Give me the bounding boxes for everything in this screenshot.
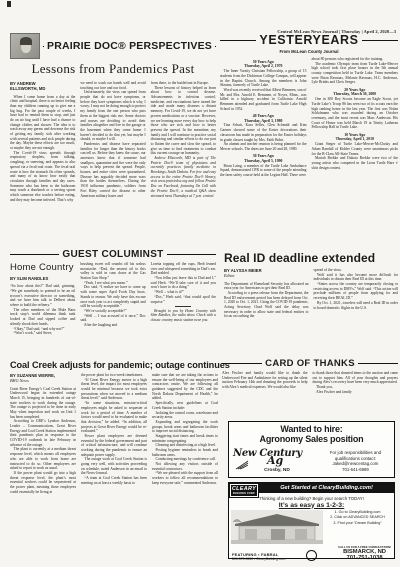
ad-contact: CALL US FOR A FREE CONSULTATION! BISMARC… bbox=[338, 545, 391, 561]
article-column: from there, to the battlefront in Europe… bbox=[151, 81, 216, 202]
paragraph: “Doc,” Herb said, “that would spoil the … bbox=[151, 295, 216, 304]
paragraph: we need to wash our hands well and avoid… bbox=[80, 81, 145, 90]
paragraph: The other members of the Mule Barn truck… bbox=[10, 308, 75, 327]
paragraph: make sure that we are taking the actions… bbox=[152, 373, 218, 401]
section-header: GUEST COLUMINST bbox=[10, 249, 216, 260]
author-photo bbox=[10, 33, 40, 59]
article-home-country: GUEST COLUMINST Home Country BY SLIM RAN… bbox=[10, 249, 216, 336]
section-header: YESTERYEARS bbox=[220, 33, 398, 47]
byline-line: ELLSWORTH, MD bbox=[10, 86, 75, 91]
ad-step: 3. Find your “Dream Building” bbox=[323, 521, 392, 527]
paragraph: Posting hygiene reminders in break and b… bbox=[152, 448, 218, 457]
article-column: the power plant for two-week timeframes.… bbox=[81, 373, 147, 494]
building-photo bbox=[229, 510, 323, 549]
article-column: make sure that we are taking the actions… bbox=[152, 373, 218, 494]
ad-contact-text: For job responsibilities and qualificati… bbox=[321, 450, 390, 462]
paragraph: If the power plant would go into a high … bbox=[10, 471, 76, 494]
paragraph: According to GRE’s Lyndon Anderson, Lead… bbox=[10, 419, 76, 447]
article-column: 50 Years AgoThursday, April 2, 1970The I… bbox=[220, 57, 307, 178]
paragraph: Unfortunately, the virus can spread from… bbox=[80, 90, 145, 142]
paragraph: brushing sweet roll crumbs off his walru… bbox=[80, 262, 145, 281]
article-column: Loretta topping off the cups, Herb leane… bbox=[151, 262, 216, 336]
paragraph: Alex Fischer and family bbox=[313, 390, 399, 395]
divider bbox=[215, 46, 216, 47]
ad-slogan: It’s as easy as 1-2-3: bbox=[229, 502, 394, 509]
article-column: Home Country BY SLIM RANDLES “So how abo… bbox=[10, 262, 75, 336]
paragraph: The Department of Homeland Security has … bbox=[224, 282, 309, 291]
paragraph: “You fellas just leave this to Dad and I… bbox=[151, 276, 216, 290]
paragraph: Loretta topping off the cups, Herb leane… bbox=[151, 262, 216, 276]
ad-steps: 1. Go to ClearyBuilding.com 2. Click on … bbox=[323, 510, 394, 549]
article-column: spread of the virus.Wolf said it has als… bbox=[314, 268, 399, 319]
paragraph: According to a press release from the De… bbox=[224, 291, 309, 319]
paragraph: Power plant employees are deemed essenti… bbox=[81, 434, 147, 457]
ad-cleary-building: CLEARY BUILDING CORP. Get Started at Cle… bbox=[228, 482, 395, 559]
seal-icon bbox=[306, 550, 317, 561]
paragraph: The academic Olympic team from Turtle La… bbox=[312, 62, 399, 85]
paragraph: One in 300 Boy Scouts become an Eagle Sc… bbox=[312, 97, 399, 130]
article-column: BY ANDREW ELLSWORTH, MD When I come home… bbox=[10, 81, 75, 202]
paragraph: Word was recently received that Albert B… bbox=[220, 88, 307, 111]
paragraph: Grant Steger of Turtle Lake-Mercer-McClu… bbox=[312, 142, 399, 156]
logo-subtext: BUILDING CORP. bbox=[233, 492, 255, 495]
ad-phone: 701-641-6989 bbox=[321, 467, 390, 473]
ad-city: BISMARCK, ND bbox=[338, 549, 391, 555]
paragraph: the power plant for two-week timeframes. bbox=[81, 373, 147, 378]
paragraph: Mariah Brekke and Dakota Brekke were two… bbox=[312, 156, 399, 170]
byline-line: BY SLIM RANDLES bbox=[10, 276, 75, 281]
paragraph: The Inner Varsity Christian Fellowship, … bbox=[220, 69, 307, 88]
section-title: CARD OF THANKS bbox=[265, 358, 355, 369]
section-kicker: PRAIRIE DOC® PERSPECTIVES bbox=[47, 40, 212, 52]
separator bbox=[175, 306, 191, 307]
paragraph: Staggering start times and break times t… bbox=[152, 434, 218, 443]
article-column: brushing sweet roll crumbs off his walru… bbox=[80, 262, 145, 336]
paragraph: The outage work at Coal Creek Station is… bbox=[81, 457, 147, 476]
article-column: BY ALYSSA MEIER Editor The Department of… bbox=[224, 268, 309, 319]
paragraph: “Won’t work,” said Steve, bbox=[10, 331, 75, 336]
divider bbox=[222, 363, 262, 364]
paragraph: Great River Energy’s Coal Creek Station … bbox=[10, 387, 76, 420]
paragraph: Brian Laing, a member of the Turtle Lake… bbox=[220, 164, 307, 178]
paragraph: “States across the country are temporari… bbox=[314, 282, 399, 301]
newspaper-page: Central McLean News Journal | Thursday |… bbox=[0, 0, 400, 567]
card-of-thanks: CARD OF THANKS Alex Fischer and family w… bbox=[222, 358, 398, 394]
new-century-ag-logo: New Century Ag Crosby, ND bbox=[233, 448, 321, 473]
paragraph: “A team at Coal Creek Station has been m… bbox=[81, 476, 147, 485]
ad-headline: Agronomy Sales position bbox=[233, 435, 390, 445]
paragraph: Pandemics and disease have separated fam… bbox=[80, 142, 145, 198]
paragraph: After the laughing and bbox=[80, 323, 145, 328]
ad-consult-text: CALL US FOR A FREE CONSULTATION! bbox=[338, 545, 391, 549]
paragraph: By Oct. 1, 2021, travelers will need a R… bbox=[314, 301, 399, 310]
paragraph: “We are pleased with the support from al… bbox=[152, 471, 218, 485]
ad-agronomy-hire: Wanted to hire: Agronomy Sales position … bbox=[228, 421, 395, 478]
paragraph: Expanding and segregating the work group… bbox=[152, 420, 218, 434]
article-column: about 80 persons who registered for the … bbox=[312, 57, 399, 178]
byline-line: Editor bbox=[224, 273, 309, 278]
paragraph: “Well ... I was accused of it once,” Doc… bbox=[80, 314, 145, 323]
paragraph: “In some situations, mission-critical em… bbox=[81, 401, 147, 434]
ad-featuring: FEATURING ▪ FABRAL bbox=[232, 552, 285, 557]
ad-footer: 800-373-5550 • ClearyBuilding.com bbox=[232, 557, 285, 561]
section-subtitle: From McLean County Journal bbox=[220, 49, 398, 54]
byline: BY ANDREW ELLSWORTH, MD bbox=[10, 81, 75, 92]
divider bbox=[220, 40, 256, 41]
ad-banner-text: Get Started at ClearyBuilding.com! bbox=[280, 485, 373, 491]
section-title: YESTERYEARS bbox=[259, 33, 358, 47]
paragraph: Doc said, “I realize we have to come up … bbox=[80, 285, 145, 308]
scan-artifact bbox=[7, 1, 11, 7]
paragraph: “So how about this?” Dad said, grinning.… bbox=[10, 284, 75, 307]
section-header: PRAIRIE DOC® PERSPECTIVES bbox=[10, 33, 216, 59]
divider bbox=[167, 254, 216, 255]
column-text: “So how about this?” Dad said, grinning.… bbox=[10, 284, 75, 336]
article-column: we need to wash our hands well and avoid… bbox=[80, 81, 145, 202]
byline: BY ALYSSA MEIER Editor bbox=[224, 268, 309, 279]
column-text: The Department of Homeland Security has … bbox=[224, 282, 309, 320]
paragraph: Tina Schutt, Kara Selles, Glen Schmidt a… bbox=[220, 123, 307, 142]
section-header: CARD OF THANKS bbox=[222, 358, 398, 369]
byline-line: BHG News bbox=[10, 378, 76, 383]
paragraph: These lessons of history helped us learn… bbox=[151, 86, 216, 156]
paragraph: Specifically, new guidelines at Coal Cre… bbox=[152, 401, 218, 410]
article-headline: Real ID deadline extended bbox=[224, 251, 398, 265]
divider bbox=[10, 254, 59, 255]
paragraph: “If Great River Energy moves to a high t… bbox=[81, 378, 147, 401]
divider bbox=[358, 363, 398, 364]
section-kicker: GUEST COLUMINST bbox=[62, 249, 163, 260]
ad-contact: For job responsibilities and qualificati… bbox=[321, 448, 390, 473]
ad-phone: 701-751-1038 bbox=[338, 555, 391, 561]
article-title: Lessons from Pandemics Past bbox=[10, 61, 216, 77]
divider bbox=[43, 46, 44, 47]
paragraph: to thank those that donated items to the… bbox=[313, 371, 399, 385]
article-title: Home Country bbox=[10, 262, 75, 274]
divider bbox=[362, 40, 398, 41]
italic-note: Andrew Ellsworth, MD is part of The Prai… bbox=[151, 156, 216, 198]
byline: BY SUZANNE WERRE, BHG News bbox=[10, 373, 76, 384]
paragraph: The Covid-19 virus spreads through respi… bbox=[10, 151, 75, 203]
ad-banner: CLEARY BUILDING CORP. Get Started at Cle… bbox=[229, 483, 394, 493]
article-column: to thank those that donated items to the… bbox=[313, 371, 399, 394]
italic-note: Brought to you by Home Country with Slim… bbox=[151, 309, 216, 323]
paragraph: Isolating the control room, warehouse an… bbox=[152, 411, 218, 420]
byline: BY SLIM RANDLES bbox=[10, 276, 75, 281]
article-column: Alex Fischer and family would like to th… bbox=[222, 371, 308, 394]
paragraph: When I come home from a day at the clini… bbox=[10, 95, 75, 151]
column-text: When I come home from a day at the clini… bbox=[10, 95, 75, 203]
article-column: BY SUZANNE WERRE, BHG News Great River E… bbox=[10, 373, 76, 494]
column-text: Great River Energy’s Coal Creek Station … bbox=[10, 387, 76, 495]
wheat-icon bbox=[235, 457, 249, 475]
article-headline: Coal Creek adjusts for pandemic; outage … bbox=[10, 360, 218, 370]
paragraph: Alex Fischer and family would like to th… bbox=[222, 371, 308, 390]
article-yesteryears: YESTERYEARS From McLean County Journal 5… bbox=[220, 33, 398, 178]
article-real-id: Real ID deadline extended BY ALYSSA MEIE… bbox=[224, 251, 398, 319]
article-prairie-doc: PRAIRIE DOC® PERSPECTIVES Lessons from P… bbox=[10, 33, 216, 202]
cleary-logo: CLEARY BUILDING CORP. bbox=[230, 484, 258, 497]
paragraph: The plant is currently at a medium threa… bbox=[10, 447, 76, 470]
paragraph: Wolf said it has also become more diffic… bbox=[314, 273, 399, 282]
paragraph: from there, to the battlefront in Europe… bbox=[151, 81, 216, 86]
article-coal-creek: Coal Creek adjusts for pandemic; outage … bbox=[10, 360, 218, 494]
paragraph: An alumni and teacher reunion is being p… bbox=[220, 142, 307, 151]
